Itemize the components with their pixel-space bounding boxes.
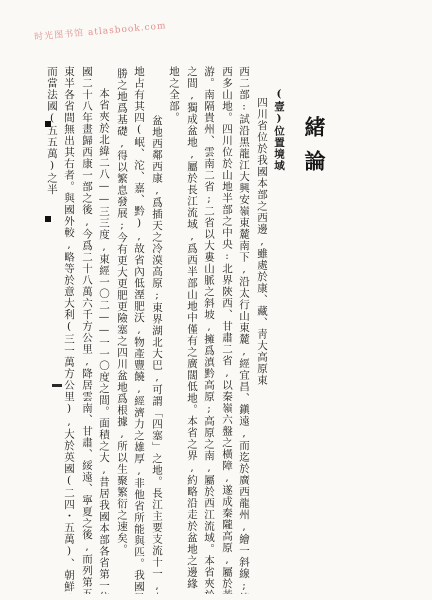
- text-column-7: 盆地西鄰西康,爲插天之冷漠高原;東界湖北大巴,可謂「四塞」之地。長江主要支流十一…: [150, 115, 163, 594]
- text-column-1: 四川省位於我國本部之西邊,雖處於康、藏、靑大高原東: [255, 97, 268, 594]
- text-column-5: 之間,獨成盆地,屬於長江流域,爲西半部山地中僅有之廣闊低地。本省之界,約略沿走於…: [185, 66, 198, 594]
- section-heading: (壹)位置境域: [272, 88, 285, 208]
- text-column-11: 國二十八年畫歸西康一部之後,今爲二十八萬六千方公里,降居雲南、甘肅、綏遠、寧夏之…: [80, 66, 93, 594]
- text-column-2: 西二部:試沿黑龍江大興安嶺東麓南下,沿太行山東麓,經宜昌、鎭遠,而迄於廣西龍州,…: [237, 66, 250, 594]
- text-column-12: 東半各省間無出其右者。與國外較,略等於意大利(三一萬方公里),大於英國(二四・五…: [62, 66, 75, 594]
- library-watermark: 时光图书馆 atlasbook.com: [34, 18, 167, 43]
- page-number: [52, 384, 62, 387]
- ink-blot-mark: [45, 216, 51, 222]
- ink-blot-mark: [45, 121, 51, 127]
- text-column-13: 而當法國(五五萬)之半: [45, 66, 58, 594]
- scanned-book-page: 时光图书馆 atlasbook.com 緒論 (壹)位置境域 四川省位於我國本部…: [0, 0, 432, 600]
- text-column-8: 地占有其四(岷、沱、嘉、黔),故省內低溼肥沃,物產豐饒,經濟力之雄厚,非他省所能…: [132, 66, 145, 594]
- text-column-6: 地之全部。: [167, 66, 180, 594]
- text-column-4: 游。南隔貴州、雲南二省;二省以大婁山脈之斜坡,擁爲滇黔高原;高原之南,屬於西江流…: [202, 66, 215, 594]
- text-column-9: 勝之地爲基礎,得以繁息發展;今有更大更肥更險塞之四川盆地爲根據,所以生聚繁衍之速…: [115, 68, 128, 594]
- text-column-3: 西多山地。四川位於山地半部之中央:北界陝西、甘肅二省,以秦嶺六盤之橫障,遂成秦隴…: [220, 66, 233, 594]
- chapter-title: 緒論: [299, 116, 329, 184]
- text-column-10: 本省夾於北緯二八——三三度,東經一〇二——一一〇度之間。面積之大,昔居我國本部各…: [97, 88, 110, 594]
